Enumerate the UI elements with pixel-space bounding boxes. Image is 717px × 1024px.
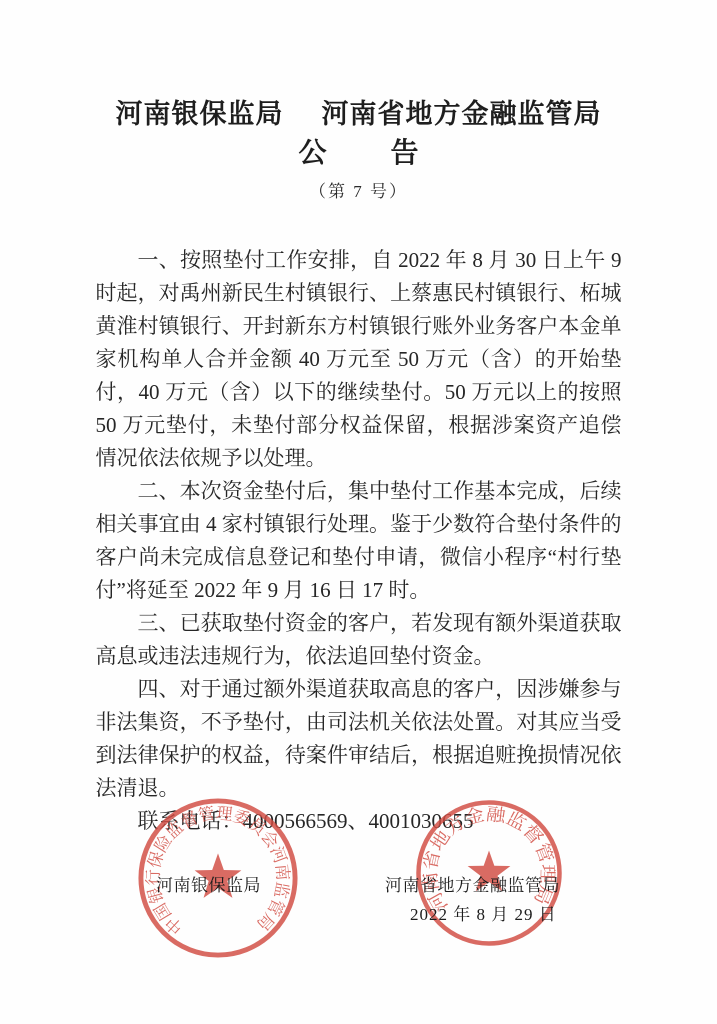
doc-subtitle-char-2: 告 bbox=[391, 135, 419, 171]
contact-line: 联系电话：4000566569、4001030655 bbox=[96, 805, 622, 838]
paragraph-3: 三、已获取垫付资金的客户，若发现有额外渠道获取高息或违法违规行为，依法追回垫付资… bbox=[96, 607, 622, 673]
signature-org-right: 河南省地方金融监管局 bbox=[385, 875, 560, 897]
paragraph-1: 一、按照垫付工作安排，自 2022 年 8 月 30 日上午 9 时起，对禹州新… bbox=[96, 244, 622, 475]
doc-subtitle-char-1: 公 bbox=[298, 135, 326, 171]
paragraph-4: 四、对于通过额外渠道获取高息的客户，因涉嫌参与非法集资，不予垫付，由司法机关依法… bbox=[96, 673, 622, 805]
doc-title-left-org: 河南银保监局 bbox=[116, 97, 284, 131]
doc-subtitle: 公 告 bbox=[0, 135, 717, 171]
announcement-page: 河南银保监局 河南省地方金融监管局 公 告 （第 7 号） 一、按照垫付工作安排… bbox=[0, 0, 717, 1024]
signature-date: 2022 年 8 月 29 日 bbox=[410, 904, 557, 926]
signature-org-left: 河南银保监局 bbox=[156, 875, 261, 897]
paragraph-2: 二、本次资金垫付后，集中垫付工作基本完成，后续相关事宜由 4 家村镇银行处理。鉴… bbox=[96, 475, 622, 607]
seal-star-icon bbox=[468, 851, 511, 892]
doc-title-right-org: 河南省地方金融监管局 bbox=[322, 97, 602, 131]
seal-star-icon bbox=[195, 853, 242, 898]
doc-title: 河南银保监局 河南省地方金融监管局 bbox=[0, 0, 717, 131]
doc-body: 一、按照垫付工作安排，自 2022 年 8 月 30 日上午 9 时起，对禹州新… bbox=[96, 244, 622, 838]
doc-number: （第 7 号） bbox=[0, 180, 717, 204]
